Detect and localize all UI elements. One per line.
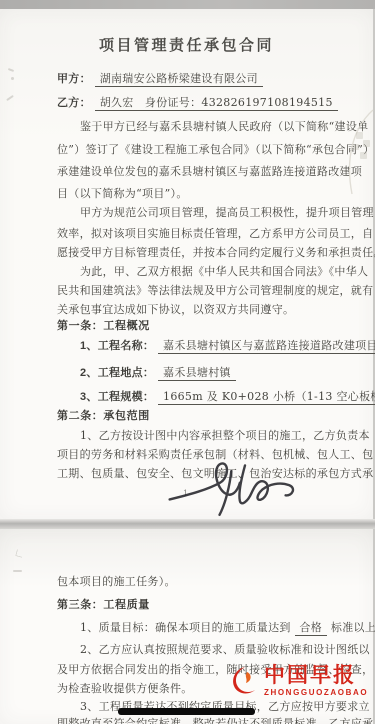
quality-target-row: 1、质量目标：确保本项目的施工质量达到 合格 标准以上。	[80, 621, 375, 634]
redaction-bar	[118, 708, 255, 715]
paragraph-line: 鉴于甲方已经与嘉禾县塘村镇人民政府（以下简称“建设单	[80, 120, 368, 133]
project-name-value: 嘉禾县塘村镇区与嘉蓝路连接道路改建项目	[158, 339, 375, 354]
project-location-row: 2、工程地点： 嘉禾县塘村镇	[80, 366, 236, 380]
party-a-row: 甲方： 湖南瑞安公路桥梁建设有限公司	[57, 72, 263, 86]
paragraph-line: 为检查验收提供方便条件。	[57, 682, 193, 695]
paper-smudge	[15, 549, 24, 558]
paragraph-line: 民共和国建筑法》等法律法规及甲方公司管理制度的规定，就有	[57, 284, 373, 297]
document-photo: 项目管理责任承包合同 甲方： 湖南瑞安公路桥梁建设有限公司 乙方： 胡久宏 身份…	[0, 0, 375, 724]
party-a-label: 甲方：	[57, 73, 91, 85]
paragraph-line: 位”）签订了《建设工程施工承包合同》（以下简称“承包合同”）	[57, 143, 374, 156]
photo-top-border	[0, 0, 375, 9]
paragraph-line: 效率，拟对该项目实施目标责任管理，乙方系甲方公司员工，自	[57, 227, 373, 240]
project-scale-label: 3、工程规模：	[80, 391, 154, 403]
party-b-value: 胡久宏 身份证号：432826197108194515	[95, 96, 338, 111]
page-break-gap	[0, 519, 375, 529]
paper-smudge	[13, 570, 22, 572]
project-scale-value: 1665m 及 K0+028 小桥（1-13 空心板桥梁）	[158, 390, 375, 405]
clause-1-heading: 第一条：工程概况	[57, 320, 150, 333]
paper-smudge	[11, 77, 14, 80]
project-location-value: 嘉禾县塘村镇	[158, 366, 236, 381]
project-name-row: 1、工程名称： 嘉禾县塘村镇区与嘉蓝路连接道路改建项目	[80, 339, 375, 353]
project-scale-row: 3、工程规模： 1665m 及 K0+028 小桥（1-13 空心板桥梁）	[80, 390, 375, 404]
seal-fragment	[336, 108, 375, 196]
paragraph-line: 即整改直至符合约定标准，整改若仍达不到质量标准，乙方应承	[57, 717, 373, 724]
watermark-name-pinyin: ZHONGGUOZAOBAO	[264, 688, 368, 697]
paragraph-line: 关承包事宜达成如下协议，以资双方共同遵守。	[57, 303, 294, 316]
paragraph-line: 甲方为规范公司项目管理，提高员工积极性，提升项目管理	[80, 206, 374, 219]
watermark-logo: 中国早报 ZHONGGUOZAOBAO	[229, 665, 368, 697]
watermark-name-cn: 中国早报	[264, 665, 368, 687]
handwritten-signature	[164, 446, 305, 523]
project-name-label: 1、工程名称：	[80, 340, 154, 352]
paragraph-line: 2、乙方应认真按照规范要求、质量验收标准和设计图纸以	[80, 643, 370, 656]
paragraph-line: 1、乙方按设计图中内容承担整个项目的施工，乙方负责本	[80, 429, 370, 442]
quality-target-prefix: 1、质量目标：确保本项目的施工质量达到	[80, 621, 291, 634]
zhongguozaobao-swoosh-icon	[229, 665, 261, 697]
paragraph-line: 愿接受甲方目标管理责任，并按本合同约定履行义务和承担责任。	[57, 246, 375, 259]
clause-3-heading: 第三条：工程质量	[57, 599, 150, 612]
quality-target-suffix: 标准以上。	[331, 621, 375, 634]
party-b-label: 乙方：	[57, 97, 91, 109]
quality-target-value: 合格	[295, 621, 328, 636]
paper-smudge	[8, 68, 14, 72]
contract-title: 项目管理责任承包合同	[0, 34, 373, 55]
paragraph-line: 为此，甲、乙双方根据《中华人民共和国合同法》《中华人	[80, 265, 368, 278]
paragraph-line: 承建建设单位发包的嘉禾县塘村镇区与嘉蓝路连接道路改建项	[57, 165, 362, 178]
paper-smudge	[6, 95, 14, 101]
project-location-label: 2、工程地点：	[80, 367, 154, 379]
clause-2-heading: 第二条：承包范围	[57, 410, 150, 423]
party-b-row: 乙方： 胡久宏 身份证号：432826197108194515	[57, 96, 338, 110]
party-a-value: 湖南瑞安公路桥梁建设有限公司	[95, 72, 263, 87]
watermark-text-block: 中国早报 ZHONGGUOZAOBAO	[264, 665, 368, 697]
paragraph-line: 包本项目的施工任务）。	[57, 575, 176, 588]
paragraph-line: 目（以下简称为“项目”）。	[57, 187, 188, 200]
